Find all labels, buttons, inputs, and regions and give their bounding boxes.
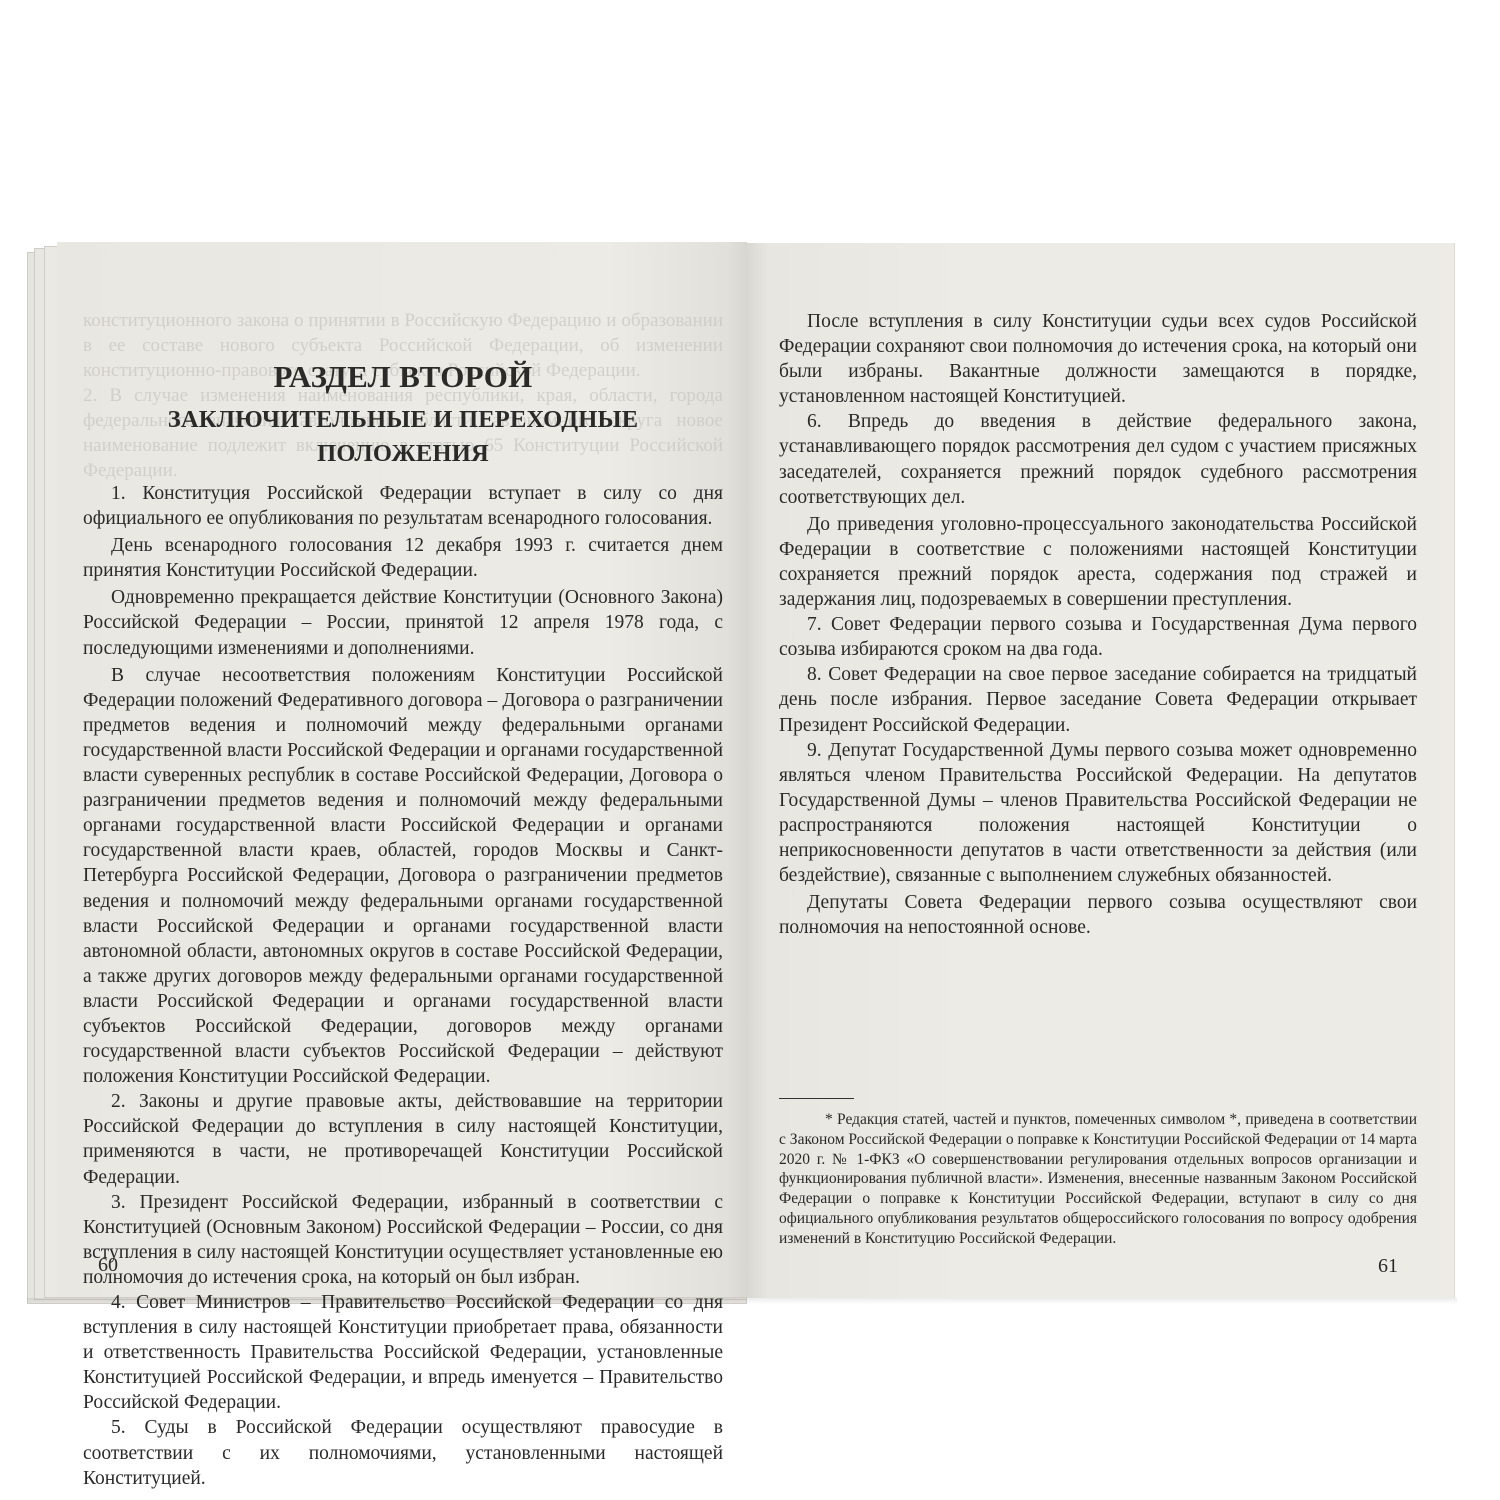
page-number: 61 xyxy=(1378,1255,1398,1278)
paragraph: 3. Президент Российской Федерации, избра… xyxy=(83,1190,723,1290)
open-book: конституционного закона о принятии в Рос… xyxy=(0,0,1500,1500)
paragraph: Одновременно прекращается действие Конст… xyxy=(83,585,723,660)
section-subheading: ЗАКЛЮЧИТЕЛЬНЫЕ И ПЕРЕХОДНЫЕ ПОЛОЖЕНИЯ xyxy=(83,403,723,471)
footnote-text: * Редакция статей, частей и пунктов, пом… xyxy=(779,1110,1417,1249)
left-page-content: РАЗДЕЛ ВТОРОЙ ЗАКЛЮЧИТЕЛЬНЫЕ И ПЕРЕХОДНЫ… xyxy=(83,357,723,1491)
paragraph: 6. Впредь до введения в действие федерал… xyxy=(779,409,1417,509)
footnote: * Редакция статей, частей и пунктов, пом… xyxy=(779,1110,1417,1249)
paragraph: После вступления в силу Конституции судь… xyxy=(779,309,1417,409)
page-number: 60 xyxy=(98,1254,118,1277)
right-page-content: После вступления в силу Конституции судь… xyxy=(779,309,1417,940)
paragraph: 4. Совет Министров – Правительство Росси… xyxy=(83,1290,723,1415)
left-page: конституционного закона о принятии в Рос… xyxy=(57,242,747,1297)
footnote-rule xyxy=(779,1098,854,1099)
paragraph: 2. Законы и другие правовые акты, действ… xyxy=(83,1089,723,1189)
paragraph: До приведения уголовно-процессуального з… xyxy=(779,512,1417,612)
right-page: После вступления в силу Конституции судь… xyxy=(747,243,1455,1298)
paragraph: Депутаты Совета Федерации первого созыва… xyxy=(779,890,1417,940)
paragraph: 9. Депутат Государственной Думы первого … xyxy=(779,738,1417,889)
paragraph: День всенародного голосования 12 декабря… xyxy=(83,533,723,583)
paragraph: 7. Совет Федерации первого созыва и Госу… xyxy=(779,612,1417,662)
paragraph: 1. Конституция Российской Федерации всту… xyxy=(83,481,723,531)
book-bottom-shadow xyxy=(27,1298,1457,1304)
paragraph: В случае несоответствия положениям Конст… xyxy=(83,663,723,1090)
section-heading: РАЗДЕЛ ВТОРОЙ xyxy=(83,357,723,397)
paragraph: 8. Совет Федерации на свое первое заседа… xyxy=(779,662,1417,737)
paragraph: 5. Суды в Российской Федерации осуществл… xyxy=(83,1415,723,1490)
